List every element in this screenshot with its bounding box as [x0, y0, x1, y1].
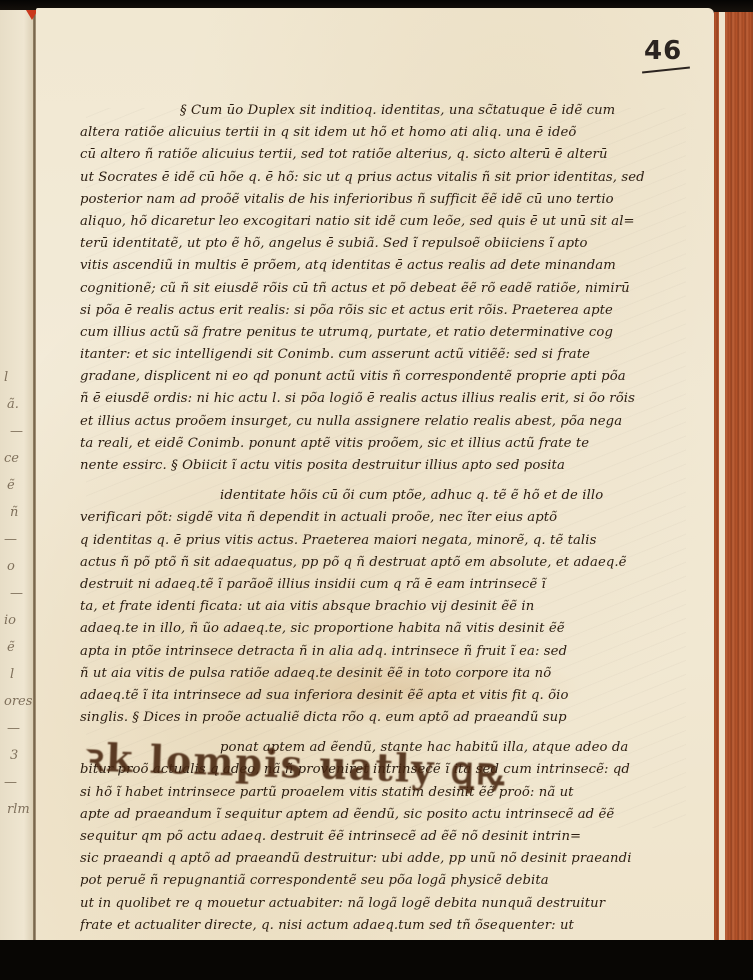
manuscript-line: itanter: et sic intelligendi sit Conimb.… — [80, 344, 680, 366]
facing-page-text-fragment: — — [10, 586, 23, 601]
manuscript-line: actus ñ põ ptõ ñ sit adaequatus, pp põ q… — [80, 552, 680, 574]
manuscript-line: terū identitatẽ, ut pto ẽ hõ, angelus ē … — [80, 233, 680, 255]
facing-page-text-fragment: — — [10, 424, 23, 439]
facing-page-text-fragment: ores — [4, 694, 32, 709]
facing-page-text-fragment: l — [10, 667, 14, 682]
manuscript-line: q identitas q. ē prius vitis actus. Prae… — [80, 530, 680, 552]
manuscript-line: altera ratiõe alicuius tertii in q sit i… — [80, 122, 680, 144]
manuscript-line: identitate hõis cū õi cum ptõe, adhuc q.… — [80, 485, 680, 507]
manuscript-line: adaeq.tẽ ĩ ita intrinsece ad sua inferio… — [80, 685, 680, 707]
red-edged-page-stack — [714, 12, 753, 950]
facing-page-text-fragment: rlm — [7, 802, 30, 817]
manuscript-line: ñ ut aia vitis de pulsa ratiõe adaeq.te … — [80, 663, 680, 685]
manuscript-line: ut Socrates ē idẽ cū hõe q. ē hõ: sic ut… — [80, 167, 680, 189]
facing-page-text-fragment: — — [4, 775, 17, 790]
manuscript-line: cū altero ñ ratiõe alicuius tertii, sed … — [80, 144, 680, 166]
manuscript-line: ñ ē eiusdẽ ordis: ni hic actu l. si põa … — [80, 388, 680, 410]
folio-number: 46 — [644, 36, 682, 66]
manuscript-line: singlis. § Dices in proõe actualiẽ dicta… — [80, 707, 680, 729]
manuscript-line: nente essirc. § Obiicit ĩ actu vitis pos… — [80, 455, 680, 477]
manuscript-line: posterior nam ad proõẽ vitalis de his in… — [80, 189, 680, 211]
manuscript-line: apte ad praeandum ĩ sequitur aptem ad ẽe… — [80, 804, 680, 826]
manuscript-page: 46 § Cum ūo Duplex sit inditioq. identit… — [36, 8, 714, 960]
facing-page-text-fragment: ẽ — [7, 640, 15, 655]
manuscript-line: vitis ascendiũ in multis ē prõem, atq id… — [80, 255, 680, 277]
binding-bottom-edge — [0, 940, 753, 980]
manuscript-line: ta, et frate identi ficata: ut aia vitis… — [80, 596, 680, 618]
manuscript-line: adaeq.te in illo, ñ ũo adaeq.te, sic pro… — [80, 618, 680, 640]
manuscript-line: si põa ē realis actus erit realis: si põ… — [80, 300, 680, 322]
facing-page-text-fragment: — — [4, 532, 17, 547]
manuscript-line: § Cum ūo Duplex sit inditioq. identitas,… — [80, 100, 680, 122]
facing-page-text-fragment: ce — [4, 451, 19, 466]
manuscript-line: pot peruẽ ñ repugnantiã correspondentẽ s… — [80, 870, 680, 892]
facing-page-text-fragment: ã. — [7, 397, 19, 412]
manuscript-line: cum illius actũ sã fratre penitus te utr… — [80, 322, 680, 344]
page-stack-inner-leaf — [719, 12, 725, 950]
manuscript-line: ut in quolibet re q mouetur actuabiter: … — [80, 893, 680, 915]
manuscript-scan: lã.—ceẽñ—o—ioẽlores—3—rlm 46 § Cum ūo Du… — [0, 0, 753, 980]
facing-page-text-fragment: io — [4, 613, 16, 628]
manuscript-line: cognitionẽ; cũ ñ sit eiusdẽ rõis cū tñ a… — [80, 278, 680, 300]
manuscript-line: frate et actualiter directe, q. nisi act… — [80, 915, 680, 937]
facing-page-text-fragment: o — [7, 559, 15, 574]
manuscript-line: verificari põt: sigdẽ vita ñ dependit in… — [80, 507, 680, 529]
manuscript-line: aliquo, hõ dicaretur leo excogitari nati… — [80, 211, 680, 233]
manuscript-line: sequitur qm põ actu adaeq. destruit ẽẽ i… — [80, 826, 680, 848]
manuscript-line: destruit ni adaeq.tẽ ĩ parãoẽ illius ins… — [80, 574, 680, 596]
folio-underline — [642, 66, 690, 73]
manuscript-line: et illius actus proõem insurget, cu null… — [80, 411, 680, 433]
manuscript-line: gradane, displicent ni eo qd ponunt actũ… — [80, 366, 680, 388]
manuscript-line: sic praeandi q aptõ ad praeandũ destruit… — [80, 848, 680, 870]
facing-page-text-fragment: l — [4, 370, 8, 385]
facing-page-text-fragment: — — [7, 721, 20, 736]
facing-page-edge: lã.—ceẽñ—o—ioẽlores—3—rlm — [0, 10, 34, 960]
manuscript-line: apta in ptõe intrinsece detracta ñ in al… — [80, 641, 680, 663]
facing-page-text-fragment: 3 — [10, 748, 18, 763]
facing-page-text-fragment: ẽ — [7, 478, 15, 493]
manuscript-text-block: § Cum ūo Duplex sit inditioq. identitas,… — [80, 100, 680, 960]
manuscript-line: ta reali, et eidẽ Conimb. ponunt aptẽ vi… — [80, 433, 680, 455]
facing-page-text-fragment: ñ — [10, 505, 18, 520]
